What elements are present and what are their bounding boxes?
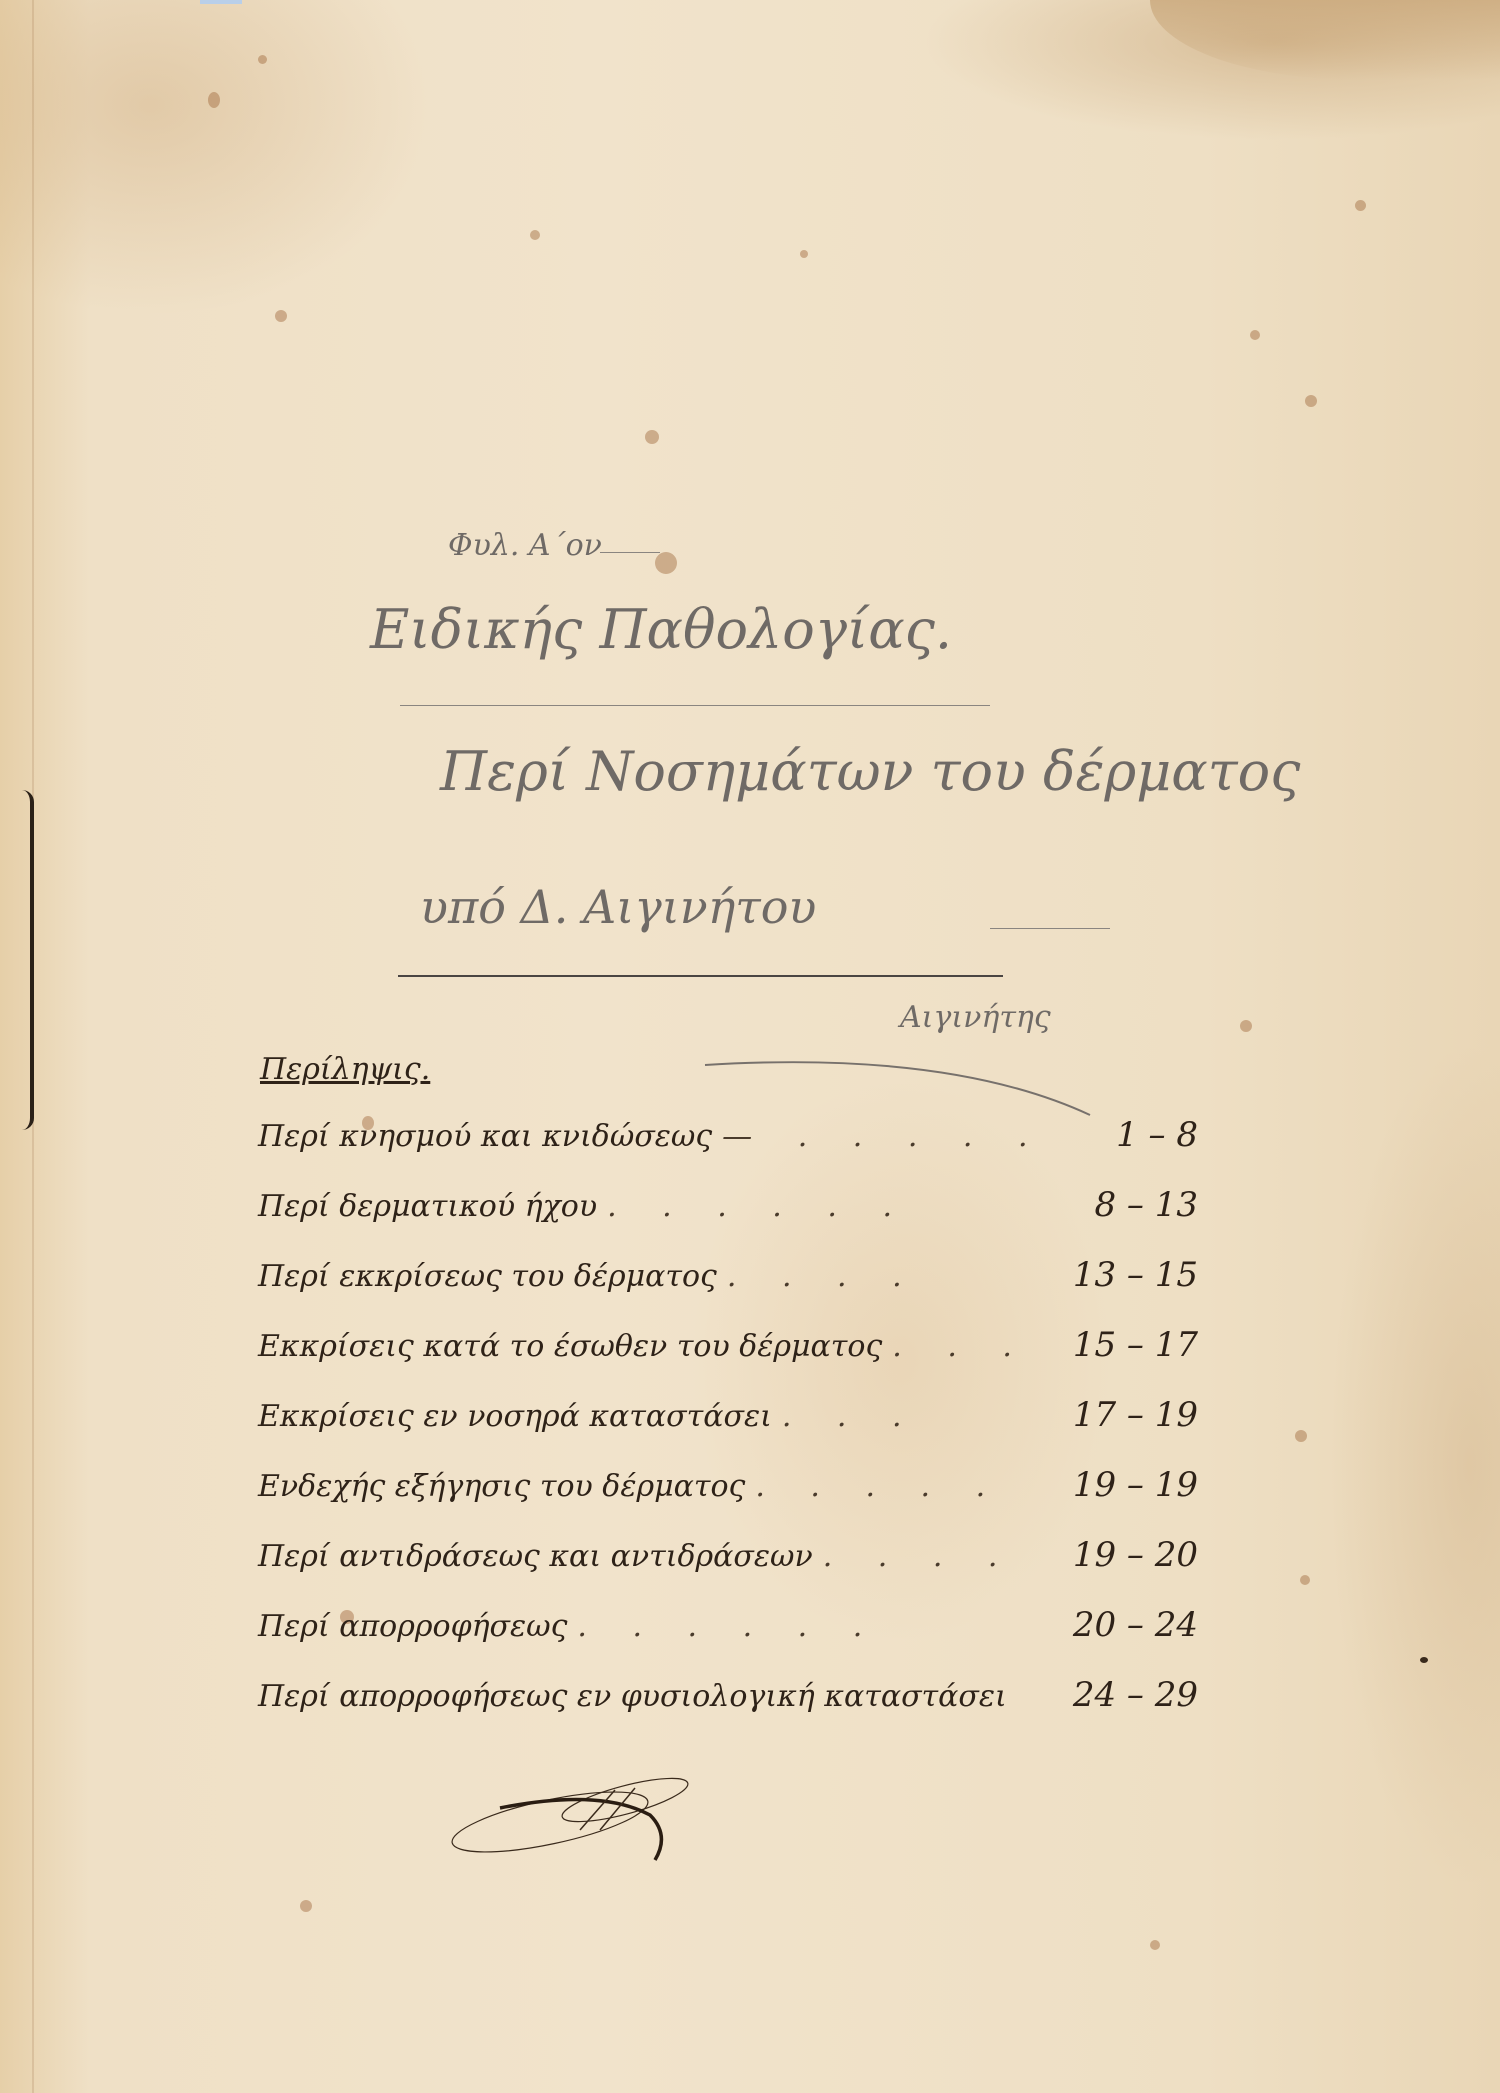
- toc-entry-leader: — . . . . . σελ.: [722, 1119, 1038, 1154]
- header-divider: [398, 975, 1003, 977]
- toc-entry-pages: 17 – 19: [1048, 1395, 1198, 1435]
- volume-label: Φυλ. Α΄ον: [448, 528, 602, 563]
- foxing-spot: [1355, 200, 1366, 211]
- signature-flourish-ink: [440, 1760, 740, 1870]
- foxing-spot: [258, 55, 267, 64]
- author-line: υπό Δ. Αιγινήτου: [420, 880, 816, 934]
- toc-entry-pages: 1 – 8: [1048, 1115, 1198, 1155]
- toc-entry-pages: 20 – 24: [1048, 1605, 1198, 1645]
- toc-entry-title: Περί δερματικού ήχου: [258, 1189, 597, 1224]
- toc-entry-title: Περί απορροφήσεως: [258, 1609, 567, 1644]
- binding-thread: [22, 790, 34, 1130]
- toc-entry-leader: . . . . .: [755, 1469, 1038, 1504]
- foxing-spot: [1420, 1657, 1428, 1663]
- toc-entry-title: Εκκρίσεις εν νοσηρά καταστάσει: [258, 1399, 772, 1434]
- toc-entry: Ενδεχής εξήγησις του δέρματος . . . . . …: [258, 1465, 1198, 1535]
- title-underline: [400, 705, 990, 706]
- toc-entry-leader: . . . . . .: [577, 1609, 1038, 1644]
- foxing-spot: [208, 92, 220, 108]
- signature-flourish-pencil: [700, 1040, 1100, 1120]
- foxing-spot: [1305, 395, 1317, 407]
- toc-entry-pages: 13 – 15: [1048, 1255, 1198, 1295]
- toc-entry-pages: 19 – 19: [1048, 1465, 1198, 1505]
- toc-entry: Περί εκκρίσεως του δέρματος . . . . 13 –…: [258, 1255, 1198, 1325]
- foxing-spot: [1150, 1940, 1160, 1950]
- toc-entry-pages: 24 – 29: [1048, 1675, 1198, 1715]
- toc-entry: Περί αντιδράσεως και αντιδράσεων . . . .…: [258, 1535, 1198, 1605]
- toc-entry-pages: 19 – 20: [1048, 1535, 1198, 1575]
- toc-entry-pages: 8 – 13: [1048, 1185, 1198, 1225]
- toc-entry: Περί κνησμού και κνιδώσεως — . . . . . σ…: [258, 1115, 1198, 1185]
- toc-entry-title: Περί εκκρίσεως του δέρματος: [258, 1259, 717, 1294]
- torn-corner-stain: [1150, 0, 1500, 80]
- foxing-spot: [300, 1900, 312, 1912]
- toc-entry-title: Περί αντιδράσεως και αντιδράσεων: [258, 1539, 813, 1574]
- toc-entry-leader: . . .: [782, 1399, 1038, 1434]
- toc-entry-leader: . . . .: [727, 1259, 1038, 1294]
- foxing-spot: [1240, 1020, 1252, 1032]
- foxing-spot: [1300, 1575, 1310, 1585]
- author-trailing-rule: [990, 928, 1110, 929]
- toc-entry-pages: 15 – 17: [1048, 1325, 1198, 1365]
- toc-entry-title: Εκκρίσεις κατά το έσωθεν του δέρματος: [258, 1329, 882, 1364]
- foxing-spot: [1295, 1430, 1307, 1442]
- foxing-spot: [275, 310, 287, 322]
- toc-entry: Εκκρίσεις εν νοσηρά καταστάσει . . . 17 …: [258, 1395, 1198, 1465]
- toc-entry-title: Ενδεχής εξήγησις του δέρματος: [258, 1469, 745, 1504]
- toc-entry: Περί απορροφήσεως . . . . . . 20 – 24: [258, 1605, 1198, 1675]
- tape-fragment: [200, 0, 242, 4]
- foxing-spot: [655, 552, 677, 574]
- toc-entry: Εκκρίσεις κατά το έσωθεν του δέρματος . …: [258, 1325, 1198, 1395]
- foxing-spot: [1250, 330, 1260, 340]
- toc-heading: Περίληψις.: [260, 1052, 430, 1087]
- foxing-spot: [530, 230, 540, 240]
- toc-entry-leader: . . .: [892, 1329, 1038, 1364]
- foxing-spot: [645, 430, 659, 444]
- page-title: Ειδικής Παθολογίας.: [370, 598, 952, 661]
- toc-entry-title: Περί κνησμού και κνιδώσεως: [258, 1119, 712, 1154]
- toc-entry-leader: . . . .: [823, 1539, 1038, 1574]
- author-signature: Αιγινήτης: [900, 1000, 1051, 1035]
- aged-paper-page: Φυλ. Α΄ον Ειδικής Παθολογίας. Περί Νοσημ…: [0, 0, 1500, 2093]
- toc-entry: Περί απορροφήσεως εν φυσιολογική καταστά…: [258, 1675, 1198, 1745]
- foxing-spot: [800, 250, 808, 258]
- table-of-contents: Περί κνησμού και κνιδώσεως — . . . . . σ…: [258, 1115, 1198, 1745]
- volume-underline: [600, 552, 660, 553]
- toc-entry: Περί δερματικού ήχου . . . . . . 8 – 13: [258, 1185, 1198, 1255]
- page-subtitle: Περί Νοσημάτων του δέρματος: [440, 740, 1300, 803]
- toc-entry-leader: . . . . . .: [607, 1189, 1038, 1224]
- toc-entry-title: Περί απορροφήσεως εν φυσιολογική καταστά…: [258, 1679, 1007, 1714]
